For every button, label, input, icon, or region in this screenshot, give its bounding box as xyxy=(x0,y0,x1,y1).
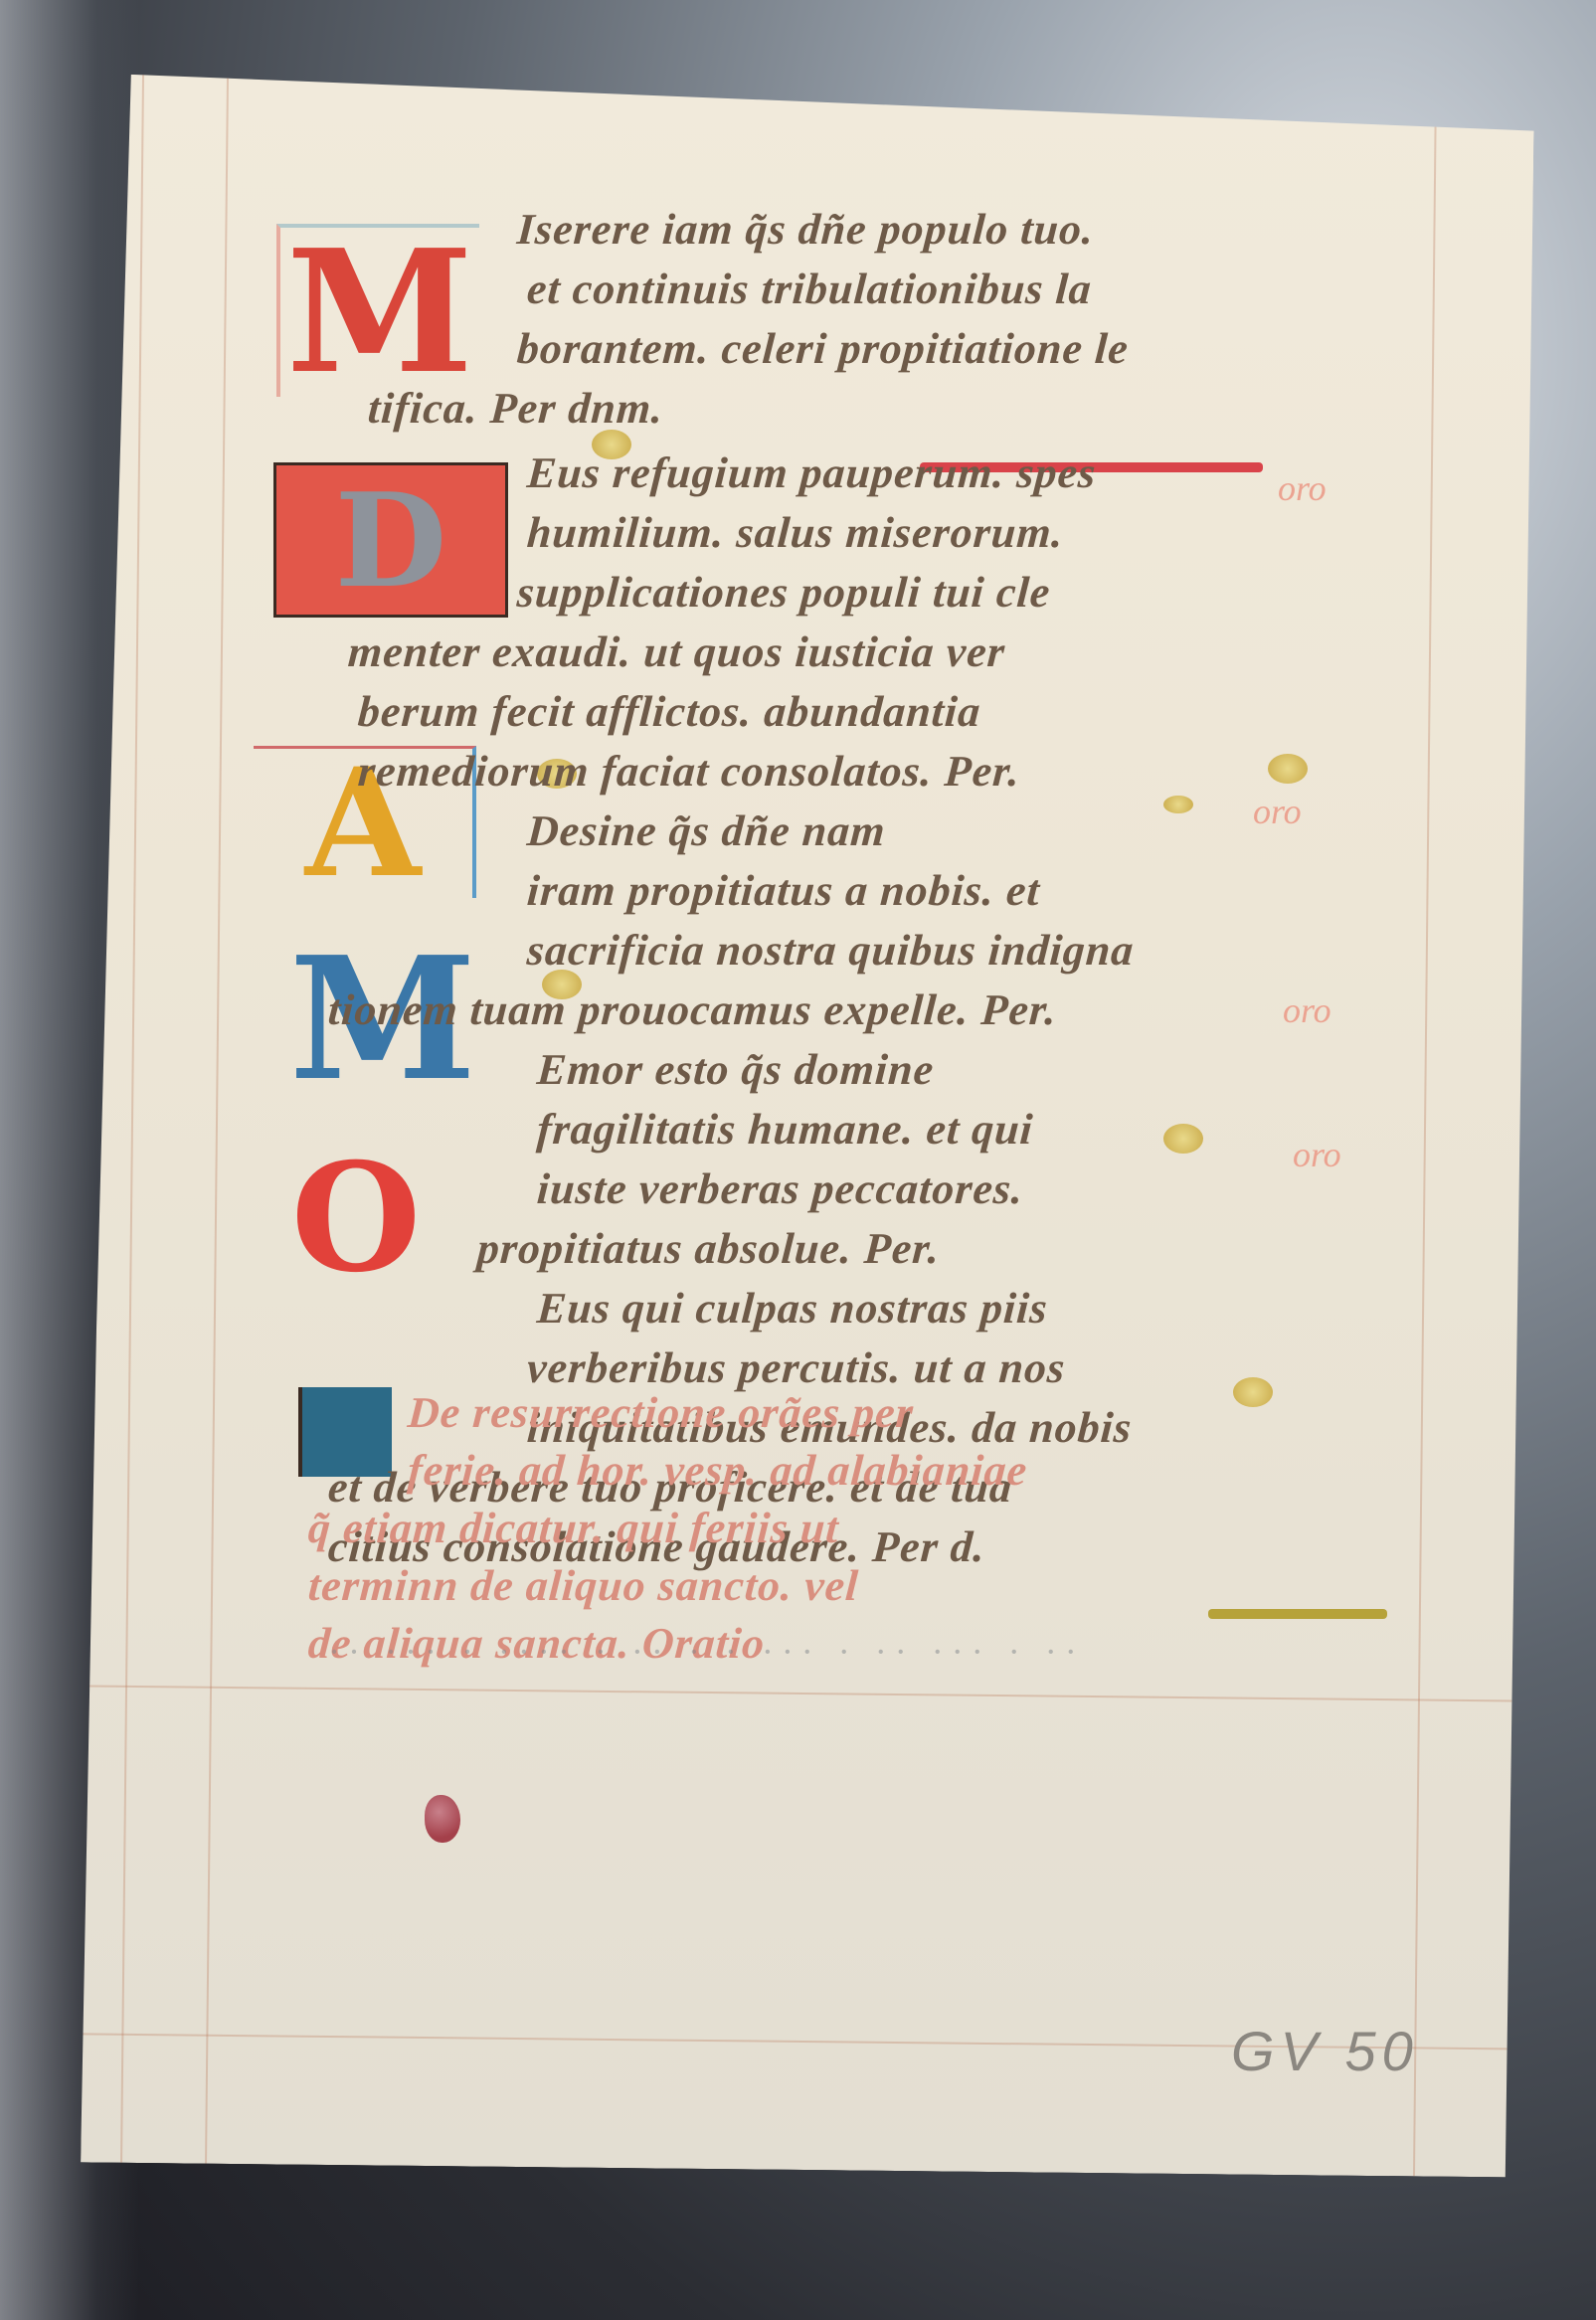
red-ink-blot xyxy=(425,1795,460,1843)
ruling-line xyxy=(120,75,144,2163)
text-line: et continuis tribulationibus la xyxy=(525,264,1094,319)
margin-mark: oro xyxy=(1293,1134,1341,1175)
text-line: berum fecit afflictos. abundantia xyxy=(356,686,982,742)
text-line: humilium. salus miserorum. xyxy=(525,507,1065,563)
text-line: tionem tuam prouocamus expelle. Per. xyxy=(326,984,1059,1040)
initial-m-red: M xyxy=(276,224,479,397)
text-line: Eus qui culpas nostras piis xyxy=(535,1283,1050,1338)
ruling-line xyxy=(205,76,229,2164)
offset-show-through-text: ·· ··· · ···· · ·· · · ··· · ·· ··· · ·· xyxy=(328,1631,1085,1673)
initial-o-red: O xyxy=(257,1154,455,1283)
text-line: borantem. celeri propitiatione le xyxy=(515,323,1131,379)
text-line: Eus refugium pauperum. spes xyxy=(525,447,1098,503)
text-line: propitiatus absolue. Per. xyxy=(475,1223,942,1279)
ruling-line xyxy=(86,1685,1517,1701)
margin-mark: oro xyxy=(1283,989,1331,1031)
text-line: menter exaudi. ut quos iusticia ver xyxy=(346,626,1007,682)
text-line: Iserere iam q̃s dñe populo tuo. xyxy=(515,204,1096,260)
text-line: Emor esto q̃s domine xyxy=(535,1044,936,1100)
text-line: iram propitiatus a nobis. et xyxy=(525,865,1042,921)
gold-paraph xyxy=(1268,754,1308,784)
text-line: sacrificia nostra quibus indigna xyxy=(525,925,1136,981)
text-line: Desine q̃s dñe nam xyxy=(525,805,887,861)
rubric-line: ferie. ad hor. vesp. ad alabianiae xyxy=(406,1445,1029,1501)
gold-paraph xyxy=(1233,1377,1273,1407)
pencil-shelfmark: GV 50 xyxy=(1231,2019,1419,2083)
text-line: iuste verberas peccatores. xyxy=(535,1163,1025,1219)
rubric-line: q̃ etiam dicatur. qui feriis ut xyxy=(306,1503,841,1558)
rubric-line: terminn de aliquo sancto. vel xyxy=(306,1560,860,1616)
text-line: fragilitatis humane. et qui xyxy=(535,1104,1035,1160)
gold-paraph xyxy=(1163,796,1193,813)
text-line: tifica. Per dnm. xyxy=(366,383,665,439)
initial-d-silver: D xyxy=(273,462,508,618)
text-line: supplicationes populi tui cle xyxy=(515,567,1052,623)
ruling-line xyxy=(1413,89,1437,2177)
gold-line-filler xyxy=(1208,1609,1387,1619)
rubric-line: De resurrectione orães per xyxy=(406,1387,916,1443)
text-line: remediorum faciat consolatos. Per. xyxy=(356,746,1022,802)
gold-paraph xyxy=(1163,1124,1203,1154)
margin-mark: oro xyxy=(1278,467,1327,509)
margin-mark: oro xyxy=(1253,791,1302,832)
